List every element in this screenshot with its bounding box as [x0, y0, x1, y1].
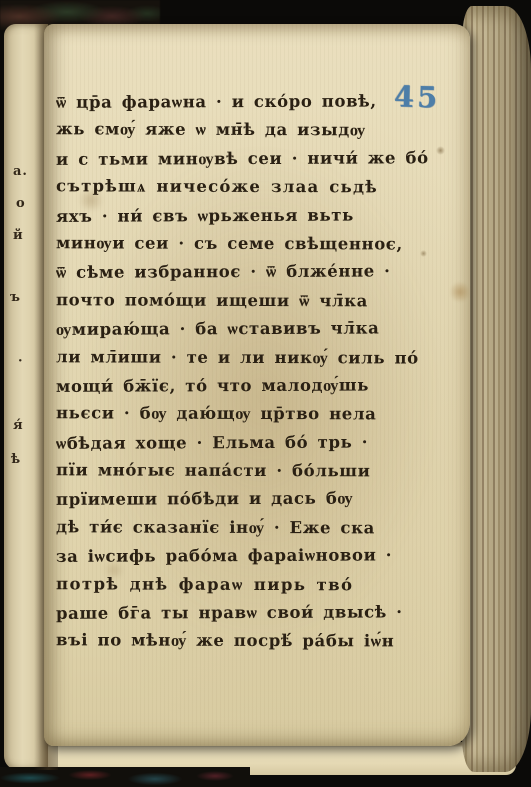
manuscript-page: 45 ѿ цр̄а фараѡна · и ско́ро повѣ,жь ємѹ… — [44, 24, 470, 746]
fore-edge-page-stack — [462, 6, 531, 772]
text-line: въі по мѣнѹ́ же посрѣ́ ра́бы іѡ́н — [56, 627, 460, 657]
facing-page-glyph: ъ — [10, 290, 21, 305]
facing-page-glyph: й — [13, 228, 24, 243]
text-line: минѹи сеи · съ семе свѣщенноє, — [56, 229, 460, 259]
text-line: и с тьми минѹвѣ сеи · ничи́ же бо́ — [56, 144, 460, 174]
text-line: за іѡсифь рабо́ма фараіѡновои · — [56, 541, 460, 571]
text-line: яхъ · ни́ євъ ѡрьженья вьть — [56, 201, 460, 231]
facing-page-glyph: я́ — [13, 418, 24, 433]
text-line: прїимеши по́бѣди и дась бѹ — [56, 485, 460, 515]
text-line: жь ємѹ́ яже ѡ мн̄ѣ да изыдѹ — [56, 116, 460, 146]
facing-page-glyph: а. — [13, 164, 28, 179]
text-block: ѿ цр̄а фараѡна · и ско́ро повѣ,жь ємѹ́ я… — [56, 88, 460, 656]
text-line: ли мл̄иши · те и ли никѹ́ силь по́ — [56, 343, 460, 373]
text-line: ѿ цр̄а фараѡна · и ско́ро повѣ, — [56, 87, 460, 117]
text-line: ѹмираю́ща · ба ѡставивъ чл̄ка — [56, 314, 460, 344]
text-line: пїи мно́гыє напа́сти · бо́льши — [56, 456, 460, 486]
text-line: ѿ сѣме избранноє · ѿ блже́нне · — [56, 257, 460, 287]
facing-page-glyph: · — [18, 354, 24, 369]
facing-page-glyph: о — [16, 196, 26, 211]
manuscript-photo: а.ойъ·я́ѣ 45 ѿ цр̄а фараѡна · и ско́ро п… — [0, 0, 531, 787]
marbled-cover-bottom-left — [0, 767, 250, 787]
text-line: сътрѣшѧ ничесо́же злаа сьдѣ — [56, 172, 460, 202]
text-line: почто помо́щи ищеши ѿ чл̄ка — [56, 286, 460, 316]
text-line: потрѣ днѣ фараѡ пирь тво́ — [56, 570, 460, 600]
text-line: ѡбѣдая хоще · Ельма бо́ трь · — [56, 428, 460, 458]
text-line: раше бг̄а ты нравѡ свои́ двысѣ · — [56, 598, 460, 628]
text-line: дѣ ти́є сказанїє інѹ́ · Еже ска — [56, 513, 460, 543]
text-line: ньєси · бѹ даю́щѹ цр̄тво нела — [56, 400, 460, 430]
facing-page-glyph: ѣ — [11, 452, 21, 467]
text-line: мощи́ бж̄їє, то́ что малодѹ́шь — [56, 371, 460, 401]
